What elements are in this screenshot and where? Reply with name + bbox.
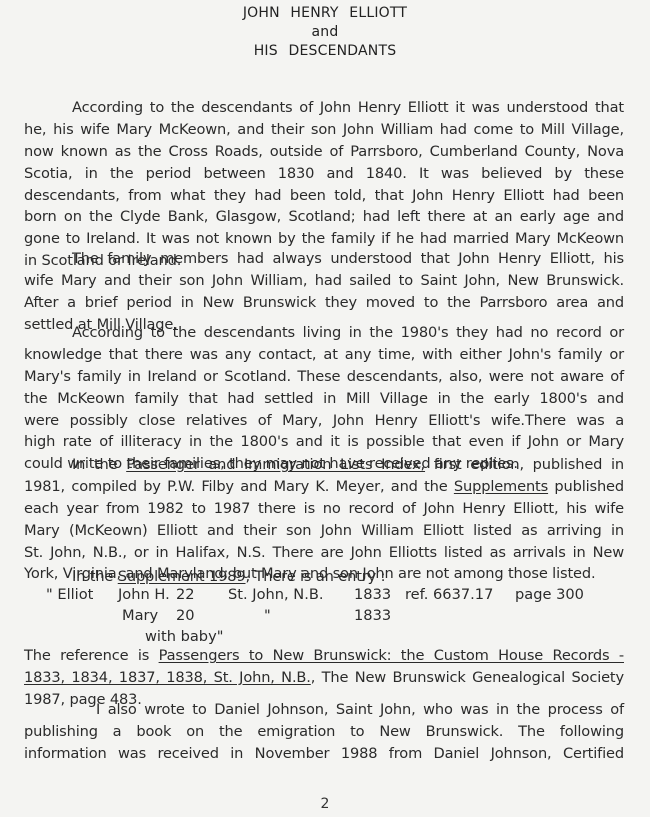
text-line: descendants, from what they had been tol…: [24, 185, 624, 207]
book-title-passenger-lists: Passenger and Immigration Lists Index,: [126, 456, 425, 473]
text-run: published: [548, 478, 624, 495]
text-line: were possibly close relatives of Mary, J…: [24, 410, 624, 432]
paragraph-7: I also wrote to Daniel Johnson, Saint Jo…: [24, 699, 624, 765]
entry-age: 22: [176, 586, 195, 603]
title-line-3: HIS DESCENDANTS: [0, 42, 650, 61]
document-page: JOHN HENRY ELLIOTT and HIS DESCENDANTS A…: [0, 0, 650, 817]
entry-note: with baby": [145, 628, 223, 645]
entry-year: 1833: [354, 586, 391, 603]
book-title-passengers-nb-cont: 1833, 1834, 1837, 1838, St. John, N.B.: [24, 669, 311, 686]
text-run: 1981, compiled by P.W. Filby and Mary K.…: [24, 478, 454, 495]
entry-place-ditto: ": [264, 607, 271, 624]
text-line: Mary's family in Ireland or Scotland. Th…: [24, 366, 624, 388]
book-title-passengers-nb: Passengers to New Brunswick: the Custom …: [159, 647, 624, 664]
book-title-supplement-1989: Supplement 1989: [118, 568, 246, 585]
entry-page: page 300: [515, 586, 584, 603]
text-line: I also wrote to Daniel Johnson, Saint Jo…: [24, 699, 624, 721]
text-run: , The New Brunswick Genealogical Society: [311, 669, 624, 686]
text-line: Mary (McKeown) Elliott and their son Joh…: [24, 520, 624, 542]
text-line: knowledge that there was any contact, at…: [24, 344, 624, 366]
page-number: 2: [0, 796, 650, 812]
text-line: Scotia, in the period between 1830 and 1…: [24, 163, 624, 185]
text-line: According to the descendants living in t…: [24, 322, 624, 344]
title-line-1: JOHN HENRY ELLIOTT: [0, 4, 650, 23]
text-run: In the: [72, 568, 118, 585]
text-run: The reference is: [24, 647, 159, 664]
entry-ref: ref. 6637.17: [405, 586, 493, 603]
book-title-supplements: Supplements: [454, 478, 548, 495]
text-line: In the Supplement 1989, There is an entr…: [24, 566, 624, 588]
text-run: , There is an entry :: [246, 568, 386, 585]
text-line: born on the Clyde Bank, Glasgow, Scotlan…: [24, 206, 624, 228]
text-line: The family members had always understood…: [24, 248, 624, 270]
text-run: In the: [72, 456, 126, 473]
entry-year: 1833: [354, 607, 391, 624]
text-line: The reference is Passengers to New Bruns…: [24, 645, 624, 667]
paragraph-5: In the Supplement 1989, There is an entr…: [24, 566, 624, 588]
text-run: first edition, published in: [425, 456, 624, 473]
entry-given-name: Mary: [122, 607, 158, 624]
title-line-2: and: [0, 23, 650, 42]
paragraph-3: According to the descendants living in t…: [24, 322, 624, 475]
text-line: After a brief period in New Brunswick th…: [24, 292, 624, 314]
text-line: St. John, N.B., or in Halifax, N.S. Ther…: [24, 542, 624, 564]
entry-place: St. John, N.B.: [228, 586, 323, 603]
text-line: now known as the Cross Roads, outside of…: [24, 141, 624, 163]
text-line: information was received in November 198…: [24, 743, 624, 765]
text-line: In the Passenger and Immigration Lists I…: [24, 454, 624, 476]
entry-given-name: John H.: [118, 586, 170, 603]
text-line: According to the descendants of John Hen…: [24, 97, 624, 119]
text-line: high rate of illiteracy in the 1800's an…: [24, 431, 624, 453]
text-line: 1981, compiled by P.W. Filby and Mary K.…: [24, 476, 624, 498]
text-line: gone to Ireland. It was not known by the…: [24, 228, 624, 250]
text-line: each year from 1982 to 1987 there is no …: [24, 498, 624, 520]
entry-surname: " Elliot: [46, 586, 93, 603]
text-line: he, his wife Mary McKeown, and their son…: [24, 119, 624, 141]
text-line: the McKeown family that had settled in M…: [24, 388, 624, 410]
text-line: 1833, 1834, 1837, 1838, St. John, N.B., …: [24, 667, 624, 689]
document-title: JOHN HENRY ELLIOTT and HIS DESCENDANTS: [0, 4, 650, 61]
text-line: publishing a book on the emigration to N…: [24, 721, 624, 743]
text-line: wife Mary and their son John William, ha…: [24, 270, 624, 292]
paragraph-1: According to the descendants of John Hen…: [24, 97, 624, 272]
entry-age: 20: [176, 607, 195, 624]
